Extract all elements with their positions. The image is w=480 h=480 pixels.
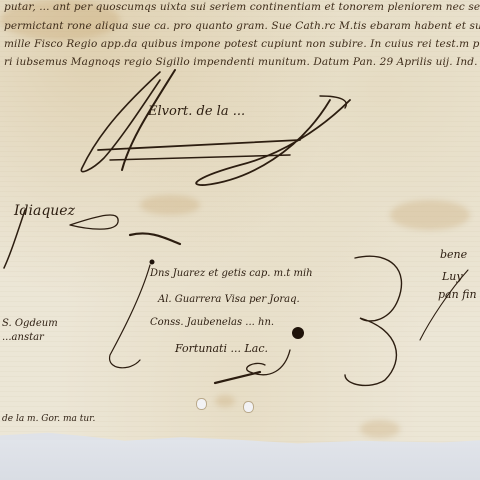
main-signature: Elvort. de la ... (148, 104, 245, 119)
left-note-1: S. Ogdeum (2, 318, 58, 329)
stain (390, 200, 470, 230)
center-note-3: Conss. Jaubenelas ... hn. (150, 317, 274, 328)
text-line-4: ri iubsemus Magnoqs regio Sigillo impend… (4, 56, 480, 68)
background-surface (0, 440, 480, 480)
stain (360, 420, 400, 438)
text-line-3: mille Fisco Regio app.da quibus impone p… (4, 38, 480, 50)
text-line-1: putar, ... ant per quoscumqs uixta sui s… (4, 1, 480, 13)
paper-hole (243, 401, 254, 413)
paper-hole (196, 398, 207, 410)
manuscript-page: putar, ... ant per quoscumqs uixta sui s… (0, 0, 480, 447)
bottom-note: de la m. Gor. ma tur. (2, 414, 95, 424)
left-note-2: ...anstar (2, 332, 44, 343)
center-note-1: Dns Juarez et getis cap. m.t mih (150, 268, 313, 279)
text-line-2: permictant rone aliqua sue ca. pro quant… (4, 20, 480, 32)
right-note-2: Luy (442, 270, 463, 283)
center-note-4: Fortunati ... Lac. (175, 342, 268, 355)
secondary-signature: Idiaquez (14, 203, 75, 219)
stain (215, 395, 235, 407)
stain (140, 195, 200, 215)
center-note-2: Al. Guarrera Visa per Joraq. (158, 294, 300, 305)
right-note-1: bene (440, 248, 467, 261)
right-note-3: pan fin (438, 288, 477, 301)
